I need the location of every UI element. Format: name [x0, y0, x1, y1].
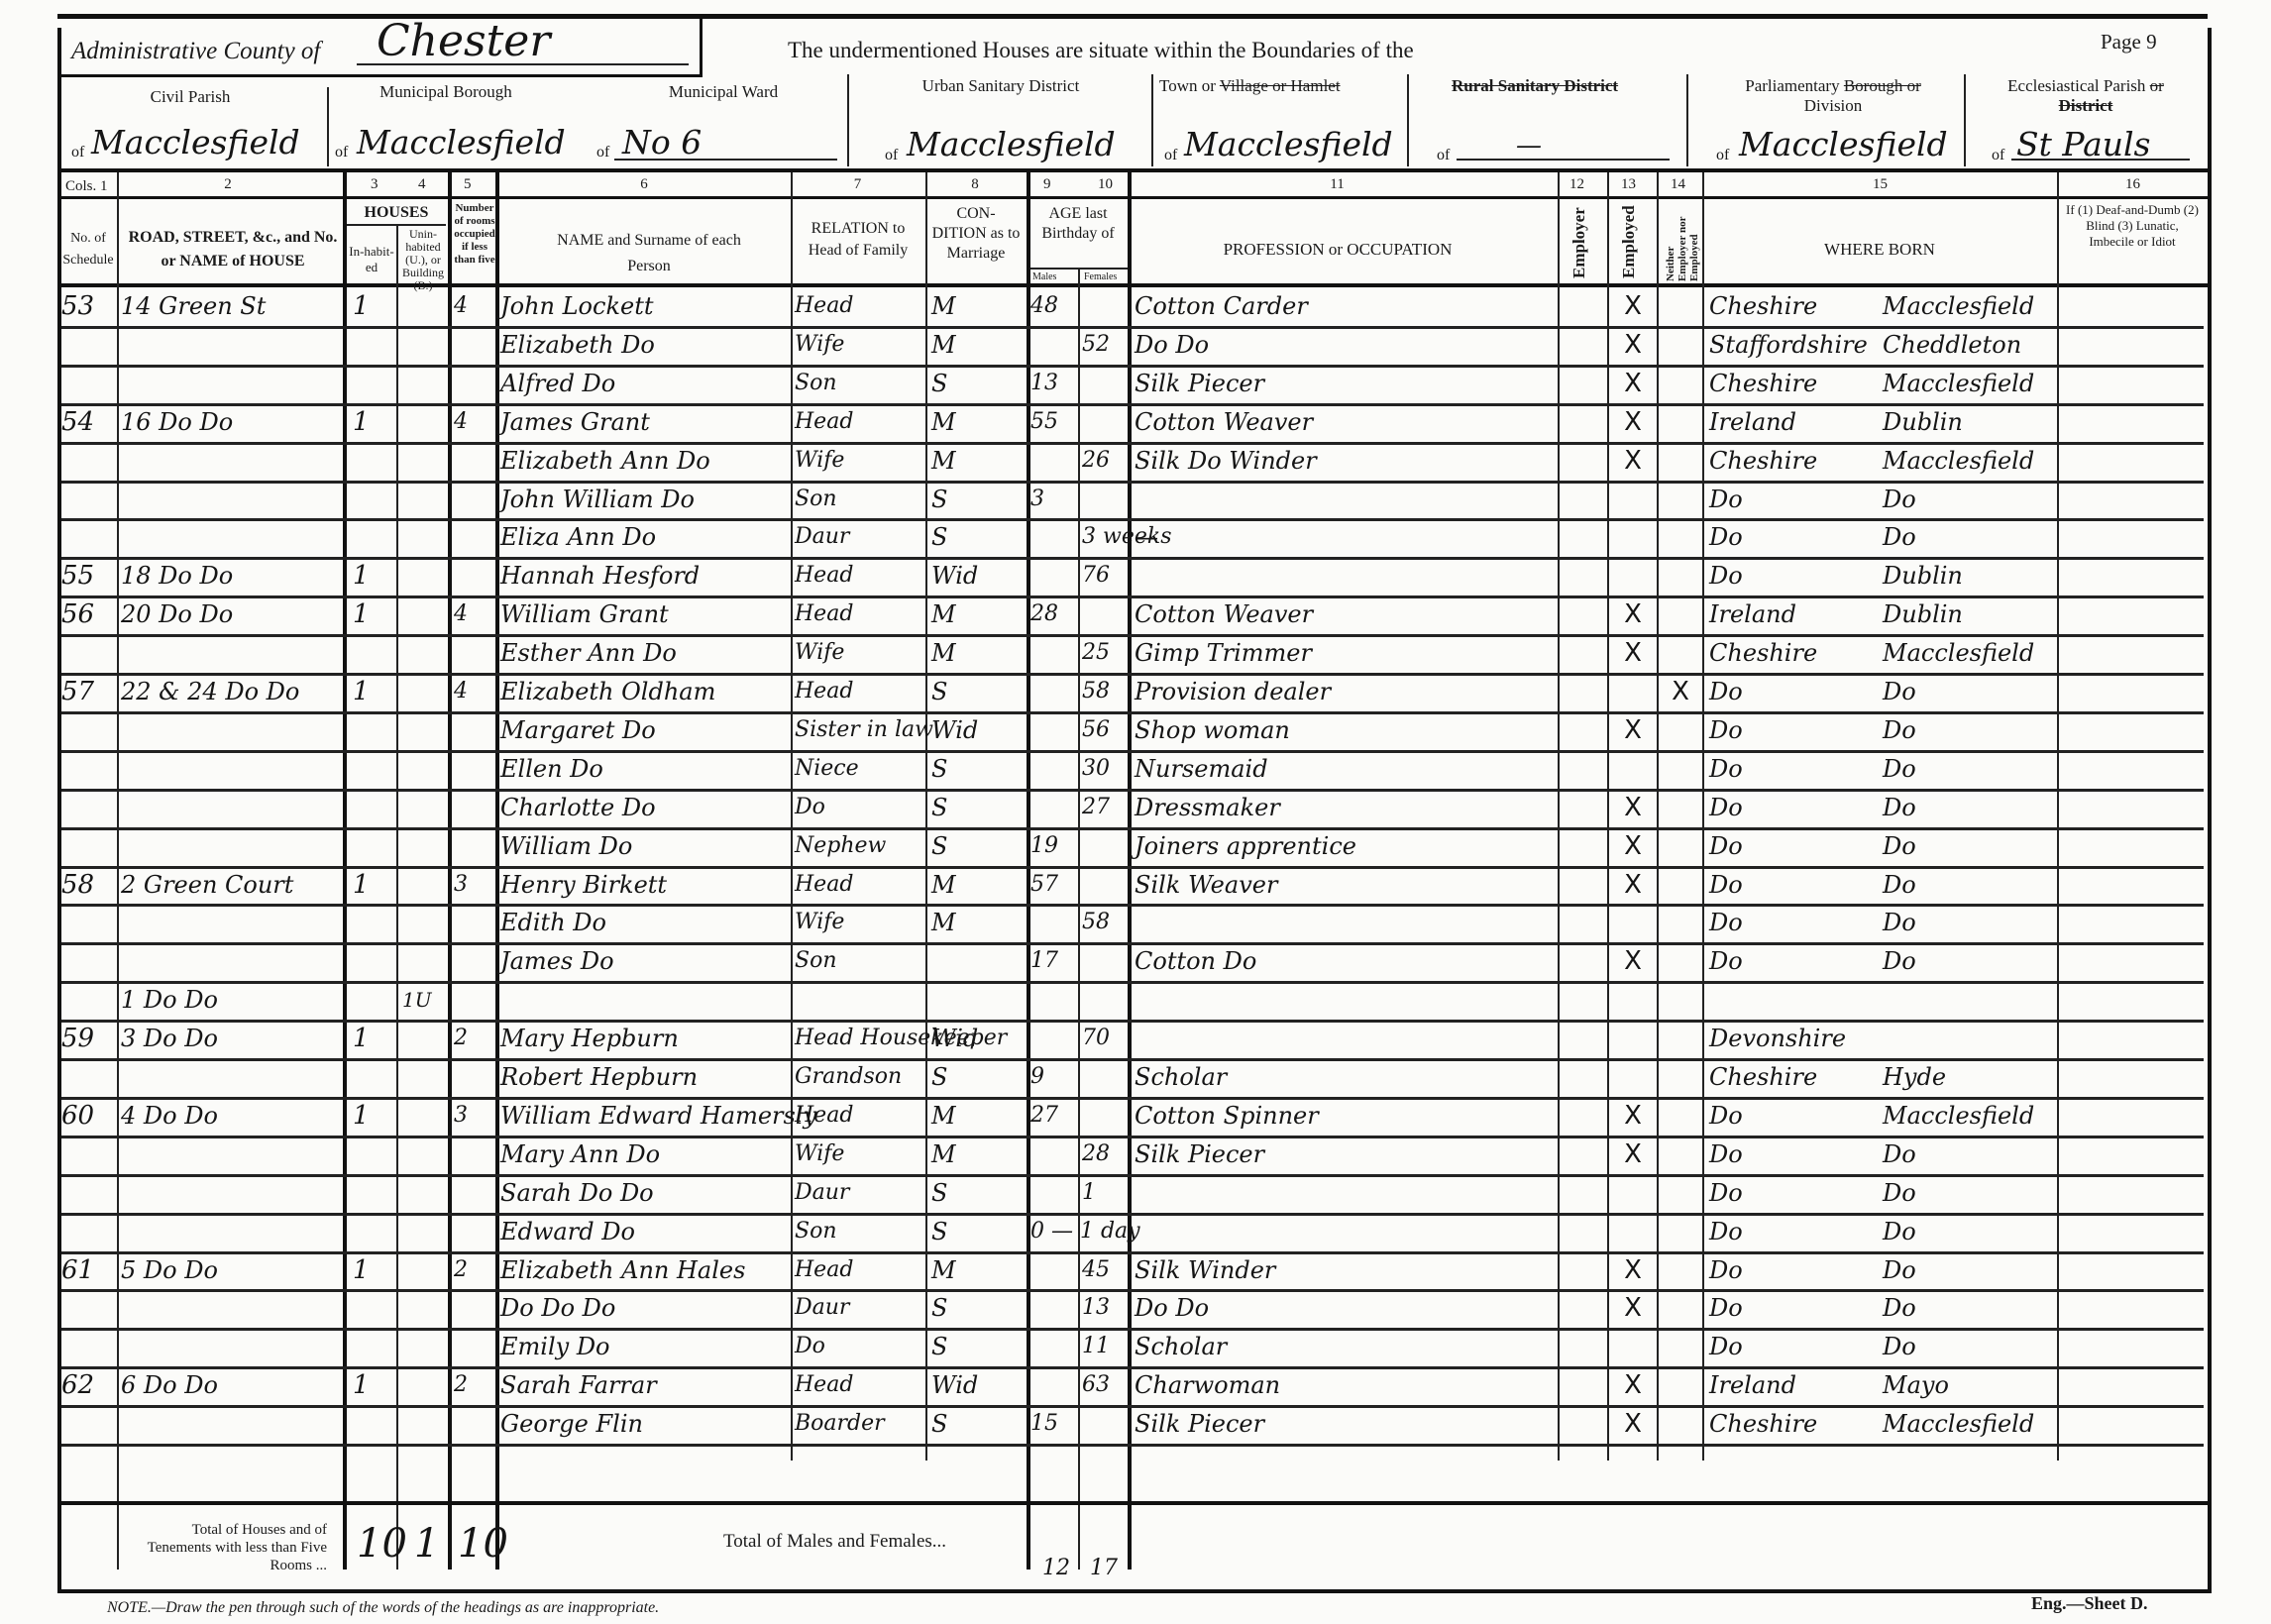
col-header-age: AGE last Birthday of — [1030, 204, 1126, 244]
cell-employed: X — [1611, 324, 1655, 366]
cell-employer — [1562, 555, 1605, 596]
cell-employed: X — [1611, 1095, 1655, 1137]
cell-born-county: Do — [1709, 864, 1878, 906]
totals-uninhabited: 1 — [414, 1521, 439, 1567]
cell-male: 27 — [1030, 1095, 1076, 1137]
cell-rooms — [454, 1134, 493, 1175]
cell-occupation — [1135, 979, 1551, 1021]
cell-name: George Flin — [500, 1403, 790, 1445]
cell-occupation: Provision dealer — [1135, 671, 1551, 712]
totals-houses-label: Total of Houses and of Tenements with le… — [129, 1521, 327, 1574]
cell-occupation: Cotton Weaver — [1135, 401, 1551, 443]
urban-sanitary-value: Macclesfield — [907, 125, 1116, 163]
col-divider — [495, 172, 499, 1570]
cell-born-place: Do — [1883, 1134, 2056, 1175]
cell-rooms — [454, 1326, 493, 1367]
cell-name: Elizabeth Do — [500, 324, 790, 366]
cell-occupation: Scholar — [1135, 1056, 1551, 1098]
cell-road — [121, 1326, 341, 1367]
cell-male — [1030, 1172, 1076, 1214]
cell-rooms: 3 — [454, 864, 493, 906]
cell-uninhab — [402, 1095, 444, 1137]
cell-name: Elizabeth Ann Do — [500, 440, 790, 482]
col-divider — [448, 172, 452, 1570]
cell-name: Elizabeth Oldham — [500, 671, 790, 712]
cell-employed: X — [1611, 825, 1655, 867]
cell-relation: Nephew — [795, 825, 923, 867]
urban-sanitary-of: of — [885, 147, 898, 164]
admin-county-label: Administrative County of — [71, 38, 320, 65]
cell-uninhab — [402, 1172, 444, 1214]
cell-male — [1030, 1249, 1076, 1291]
cell-male — [1030, 902, 1076, 943]
cell-born-place: Macclesfield — [1883, 363, 2056, 404]
cell-relation: Do — [795, 787, 923, 828]
cell-condition: Wid — [931, 709, 1023, 751]
ecclesiastical-label-district: District — [2059, 96, 2113, 115]
cell-female — [1082, 1056, 1126, 1098]
cell-schedule — [61, 748, 115, 790]
col-header-road: ROAD, STREET, &c., and No. or NAME of HO… — [123, 226, 343, 273]
cell-rooms — [454, 363, 493, 404]
totals-inhabited: 10 — [357, 1521, 407, 1567]
cell-inhab — [353, 1134, 392, 1175]
cell-road — [121, 940, 341, 982]
cell-born-place: Do — [1883, 516, 2056, 558]
cell-employer — [1562, 1249, 1605, 1291]
cell-rooms — [454, 632, 493, 674]
cell-employer — [1562, 940, 1605, 982]
cell-schedule — [61, 324, 115, 366]
cell-name: James Grant — [500, 401, 790, 443]
cell-uninhab — [402, 1211, 444, 1252]
cell-condition: M — [931, 1095, 1023, 1137]
cell-rooms — [454, 979, 493, 1021]
cell-name: Elizabeth Ann Hales — [500, 1249, 790, 1291]
town-value: Macclesfield — [1184, 125, 1393, 163]
cell-uninhab — [402, 516, 444, 558]
footer-note: NOTE.—Draw the pen through such of the w… — [107, 1599, 659, 1617]
cell-name: Hannah Hesford — [500, 555, 790, 596]
cell-born-county — [1709, 979, 1878, 1021]
cell-uninhab — [402, 748, 444, 790]
cell-born-county: Staffordshire — [1709, 324, 1878, 366]
cell-inhab: 1 — [353, 555, 392, 596]
cell-schedule — [61, 825, 115, 867]
cell-employed: X — [1611, 1134, 1655, 1175]
cell-uninhab — [402, 940, 444, 982]
cell-relation: Do — [795, 1326, 923, 1367]
cell-male: 17 — [1030, 940, 1076, 982]
footer-sheet: Eng.—Sheet D. — [2031, 1593, 2148, 1614]
cell-rooms — [454, 1211, 493, 1252]
cell-condition: M — [931, 401, 1023, 443]
cell-occupation: Joiners apprentice — [1135, 825, 1551, 867]
totals-males: 12 — [1042, 1556, 1070, 1580]
boundary-parliamentary-label: Parliamentary Borough or Division — [1704, 76, 1962, 116]
cell-born-place: Do — [1883, 1211, 2056, 1252]
cell-female: 58 — [1082, 902, 1126, 943]
cell-male — [1030, 1287, 1076, 1329]
cell-neither — [1661, 1172, 1700, 1214]
cell-neither — [1661, 1211, 1700, 1252]
cell-schedule — [61, 979, 115, 1021]
cell-occupation: Cotton Spinner — [1135, 1095, 1551, 1137]
cell-male — [1030, 1364, 1076, 1406]
cell-neither — [1661, 479, 1700, 520]
cell-schedule: 60 — [61, 1095, 115, 1137]
cell-neither — [1661, 632, 1700, 674]
cell-occupation: Silk Piecer — [1135, 1134, 1551, 1175]
cell-inhab — [353, 902, 392, 943]
parliamentary-label-struck: Borough or — [1844, 76, 1921, 95]
ecclesiastical-label-plain: Ecclesiastical Parish — [2007, 76, 2145, 95]
cell-born-place: Do — [1883, 864, 2056, 906]
cell-schedule — [61, 902, 115, 943]
cell-occupation: Nursemaid — [1135, 748, 1551, 790]
cell-condition: S — [931, 1172, 1023, 1214]
cell-neither: X — [1661, 671, 1700, 712]
cell-employer — [1562, 632, 1605, 674]
cell-schedule — [61, 632, 115, 674]
cell-rooms: 4 — [454, 594, 493, 635]
cell-inhab: 1 — [353, 594, 392, 635]
cell-road — [121, 516, 341, 558]
cell-relation: Head — [795, 555, 923, 596]
cell-schedule — [61, 1211, 115, 1252]
cell-inhab — [353, 825, 392, 867]
cell-male — [1030, 979, 1076, 1021]
cell-condition: S — [931, 1326, 1023, 1367]
town-label-struck: Village or Hamlet — [1220, 76, 1341, 95]
colnum-3: 3 — [371, 176, 378, 193]
cell-male — [1030, 671, 1076, 712]
cell-neither — [1661, 401, 1700, 443]
cell-employed: X — [1611, 787, 1655, 828]
cell-condition: S — [931, 1403, 1023, 1445]
cell-employer — [1562, 787, 1605, 828]
cell-relation: Head — [795, 1249, 923, 1291]
cell-employed: X — [1611, 285, 1655, 327]
cell-born-county: Do — [1709, 1211, 1878, 1252]
cell-employer — [1562, 401, 1605, 443]
cell-born-place: Do — [1883, 671, 2056, 712]
cell-condition: S — [931, 479, 1023, 520]
cell-female: 25 — [1082, 632, 1126, 674]
cell-male: 13 — [1030, 363, 1076, 404]
cell-condition: S — [931, 363, 1023, 404]
cell-female: 11 — [1082, 1326, 1126, 1367]
ward-underline — [614, 159, 837, 161]
cell-female — [1082, 979, 1126, 1021]
cell-schedule: 58 — [61, 864, 115, 906]
cell-relation: Daur — [795, 516, 923, 558]
cell-uninhab — [402, 440, 444, 482]
cell-name: James Do — [500, 940, 790, 982]
colnum-15: 15 — [1704, 176, 2056, 193]
municipal-ward-of: of — [596, 144, 609, 162]
cell-neither — [1661, 516, 1700, 558]
cell-male: 15 — [1030, 1403, 1076, 1445]
cell-employer — [1562, 285, 1605, 327]
cell-name: Edward Do — [500, 1211, 790, 1252]
cell-employer — [1562, 1211, 1605, 1252]
cell-female: 13 — [1082, 1287, 1126, 1329]
cell-relation: Head — [795, 1364, 923, 1406]
cell-schedule — [61, 709, 115, 751]
cell-inhab: 1 — [353, 1095, 392, 1137]
admin-county-underline — [357, 63, 689, 65]
cell-employer — [1562, 1364, 1605, 1406]
cell-born-place: Do — [1883, 787, 2056, 828]
cell-condition: S — [931, 748, 1023, 790]
civil-parish-value: Macclesfield — [91, 123, 300, 162]
cell-neither — [1661, 748, 1700, 790]
colnum-11: 11 — [1132, 176, 1543, 193]
col-header-condition: CON-DITION as to Marriage — [929, 204, 1023, 264]
cell-rooms — [454, 516, 493, 558]
cell-male — [1030, 440, 1076, 482]
cell-uninhab — [402, 285, 444, 327]
cell-employed: X — [1611, 1249, 1655, 1291]
cell-rooms — [454, 1287, 493, 1329]
cell-schedule: 61 — [61, 1249, 115, 1291]
intro-text: The undermentioned Houses are situate wi… — [788, 38, 1414, 63]
cell-inhab: 1 — [353, 1364, 392, 1406]
cell-neither — [1661, 1056, 1700, 1098]
cell-condition: S — [931, 516, 1023, 558]
cell-born-county: Do — [1709, 555, 1878, 596]
cell-uninhab — [402, 555, 444, 596]
cell-born-county: Do — [1709, 902, 1878, 943]
colnum-16: 16 — [2061, 176, 2205, 193]
cell-employed: X — [1611, 709, 1655, 751]
cell-employer — [1562, 1326, 1605, 1367]
cell-inhab — [353, 440, 392, 482]
colnum-10: 10 — [1098, 176, 1113, 193]
cell-name: Eliza Ann Do — [500, 516, 790, 558]
cell-employer — [1562, 671, 1605, 712]
col-header-employed: Employed — [1619, 204, 1639, 278]
cell-schedule — [61, 1287, 115, 1329]
cell-female — [1082, 1403, 1126, 1445]
cell-name: Sarah Farrar — [500, 1364, 790, 1406]
cell-condition: Wid — [931, 1364, 1023, 1406]
cell-neither — [1661, 555, 1700, 596]
cell-name: Do Do Do — [500, 1287, 790, 1329]
cell-rooms: 2 — [454, 1018, 493, 1059]
cell-schedule — [61, 1172, 115, 1214]
cell-female: 27 — [1082, 787, 1126, 828]
cell-condition: M — [931, 902, 1023, 943]
cell-male — [1030, 555, 1076, 596]
cell-born-place: Do — [1883, 1249, 2056, 1291]
cell-born-county: Do — [1709, 671, 1878, 712]
boundary-divider — [1151, 74, 1153, 166]
col-header-neither: Neither Employer nor Employed — [1665, 202, 1700, 281]
cell-inhab — [353, 1211, 392, 1252]
cell-name: Mary Ann Do — [500, 1134, 790, 1175]
cell-born-county: Do — [1709, 516, 1878, 558]
cell-rooms: 2 — [454, 1364, 493, 1406]
cell-condition — [931, 940, 1023, 982]
cell-road: 16 Do Do — [121, 401, 341, 443]
cell-born-place: Macclesfield — [1883, 1095, 2056, 1137]
cell-born-county: Do — [1709, 825, 1878, 867]
cell-employed: X — [1611, 1287, 1655, 1329]
cell-condition: Wid — [931, 555, 1023, 596]
header-top-rule — [57, 168, 2208, 172]
cell-occupation: Silk Piecer — [1135, 1403, 1551, 1445]
cell-schedule — [61, 1326, 115, 1367]
cell-uninhab — [402, 401, 444, 443]
cell-neither — [1661, 940, 1700, 982]
cell-born-place: Do — [1883, 1172, 2056, 1214]
cell-born-county: Cheshire — [1709, 1403, 1878, 1445]
col-divider — [117, 172, 119, 1570]
cell-relation: Wife — [795, 324, 923, 366]
cell-born-place: Dublin — [1883, 594, 2056, 635]
cell-male — [1030, 632, 1076, 674]
rural-sanitary-of: of — [1437, 147, 1450, 164]
col-header-infirmity: If (1) Deaf-and-Dumb (2) Blind (3) Lunat… — [2063, 202, 2202, 250]
cell-inhab — [353, 787, 392, 828]
cell-road — [121, 1211, 341, 1252]
cell-female — [1082, 594, 1126, 635]
cell-neither — [1661, 440, 1700, 482]
cell-employed — [1611, 479, 1655, 520]
cell-schedule — [61, 516, 115, 558]
cell-female: 45 — [1082, 1249, 1126, 1291]
cell-road: 4 Do Do — [121, 1095, 341, 1137]
cell-rooms — [454, 324, 493, 366]
cell-employer — [1562, 748, 1605, 790]
cell-occupation: Dressmaker — [1135, 787, 1551, 828]
cell-schedule — [61, 787, 115, 828]
cell-relation — [795, 979, 923, 1021]
cell-name: Emily Do — [500, 1326, 790, 1367]
cell-employed: X — [1611, 864, 1655, 906]
cell-occupation: Shop woman — [1135, 709, 1551, 751]
cell-employed: X — [1611, 1364, 1655, 1406]
cell-born-county: Ireland — [1709, 594, 1878, 635]
cell-road — [121, 440, 341, 482]
cell-born-place: Do — [1883, 902, 2056, 943]
cell-condition: M — [931, 864, 1023, 906]
totals-rooms: 10 — [458, 1521, 508, 1567]
cell-born-place: Do — [1883, 825, 2056, 867]
cell-relation: Grandson — [795, 1056, 923, 1098]
cell-born-place: Do — [1883, 479, 2056, 520]
cell-female: 52 — [1082, 324, 1126, 366]
cell-employer — [1562, 709, 1605, 751]
cell-occupation: Gimp Trimmer — [1135, 632, 1551, 674]
cell-uninhab — [402, 1249, 444, 1291]
cell-employed: X — [1611, 594, 1655, 635]
cell-occupation: Scholar — [1135, 1326, 1551, 1367]
colnum-12: 12 — [1569, 176, 1584, 193]
cell-condition: M — [931, 632, 1023, 674]
cell-road — [121, 787, 341, 828]
cell-employer — [1562, 1018, 1605, 1059]
cell-road — [121, 902, 341, 943]
parliamentary-label-line2: Division — [1804, 96, 1863, 115]
cell-born-place: Do — [1883, 1326, 2056, 1367]
cell-rooms: 4 — [454, 671, 493, 712]
cell-condition: M — [931, 1249, 1023, 1291]
cell-rooms — [454, 555, 493, 596]
colnum-1: Cols. 1 — [65, 178, 108, 195]
cell-employed — [1611, 1018, 1655, 1059]
cell-rooms: 2 — [454, 1249, 493, 1291]
cell-female: 1 — [1082, 1172, 1126, 1214]
cell-born-county: Do — [1709, 1249, 1878, 1291]
cell-female — [1082, 401, 1126, 443]
cell-inhab — [353, 1326, 392, 1367]
cell-employed: X — [1611, 440, 1655, 482]
cell-employed: X — [1611, 1403, 1655, 1445]
cell-employed — [1611, 979, 1655, 1021]
cell-relation: Sister in law — [795, 709, 923, 751]
cell-schedule — [61, 479, 115, 520]
cell-relation: Wife — [795, 440, 923, 482]
cell-road — [121, 479, 341, 520]
cell-neither — [1661, 979, 1700, 1021]
cell-employer — [1562, 825, 1605, 867]
cell-male: 55 — [1030, 401, 1076, 443]
col-header-employer: Employer — [1569, 204, 1589, 278]
cell-schedule — [61, 1134, 115, 1175]
cell-male: 28 — [1030, 594, 1076, 635]
cell-neither — [1661, 787, 1700, 828]
cell-inhab — [353, 1287, 392, 1329]
cell-neither — [1661, 363, 1700, 404]
cell-employer — [1562, 979, 1605, 1021]
cell-rooms — [454, 709, 493, 751]
cell-relation: Wife — [795, 1134, 923, 1175]
cell-schedule: 55 — [61, 555, 115, 596]
cell-neither — [1661, 1018, 1700, 1059]
cell-female — [1082, 479, 1126, 520]
col-header-name: NAME and Surname of each Person — [535, 228, 763, 279]
cell-female: 58 — [1082, 671, 1126, 712]
cell-born-county: Do — [1709, 479, 1878, 520]
cell-road: 2 Green Court — [121, 864, 341, 906]
cell-rooms: 4 — [454, 285, 493, 327]
cell-occupation: Charwoman — [1135, 1364, 1551, 1406]
cell-road — [121, 748, 341, 790]
cell-employed — [1611, 748, 1655, 790]
cell-relation: Son — [795, 1211, 923, 1252]
cell-road — [121, 1134, 341, 1175]
cell-relation: Head — [795, 401, 923, 443]
cell-born-county: Do — [1709, 940, 1878, 982]
cell-female — [1082, 1095, 1126, 1137]
cell-road — [121, 709, 341, 751]
cell-employer — [1562, 324, 1605, 366]
cell-road — [121, 324, 341, 366]
cell-name: Esther Ann Do — [500, 632, 790, 674]
cell-inhab — [353, 1056, 392, 1098]
cell-female: 26 — [1082, 440, 1126, 482]
cell-employer — [1562, 1056, 1605, 1098]
cell-born-place — [1883, 1018, 2056, 1059]
cell-relation: Daur — [795, 1287, 923, 1329]
cell-female — [1082, 940, 1126, 982]
cell-female — [1082, 285, 1126, 327]
cell-born-place: Cheddleton — [1883, 324, 2056, 366]
cell-name: Henry Birkett — [500, 864, 790, 906]
